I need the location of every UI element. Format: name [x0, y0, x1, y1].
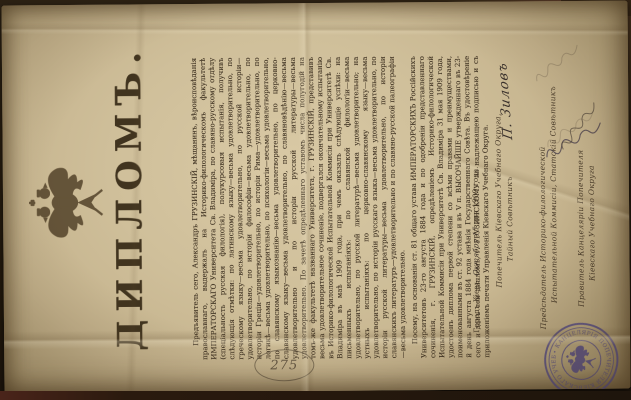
chairman-signature-block: Предсѣдатель Историко-филологической Исп…: [536, 86, 560, 329]
diploma-paper: ДИПЛОМЪ. Предъявитель сего, Александръ Г…: [1, 1, 630, 394]
diploma-paragraph-grades: Предъявитель сего, Александръ ГРУЗИНСКІЙ…: [190, 56, 408, 360]
chairman-title-line2: Испытательной Коммисіи, Статскій Совѣтни…: [547, 86, 560, 303]
photo-frame: ДИПЛОМЪ. Предъявитель сего, Александръ Г…: [0, 0, 631, 400]
clerk-signature-block: Правитель Канцеляріи Попечителя Кіевскаг…: [575, 150, 598, 307]
curator-title: Попечитель Кіевскаго Учебнаго Округа,: [492, 113, 504, 287]
stamp-eagle-icon: [563, 343, 598, 377]
diploma-body-text: Предъявитель сего, Александръ ГРУЗИНСКІЙ…: [190, 56, 495, 360]
imperial-double-eagle-icon: [27, 163, 110, 242]
dateline: Городъ Кіевъ, Октября 15 дня 1909 года.: [471, 166, 481, 333]
margin-number: 275: [270, 358, 298, 373]
dateline-suffix: дня 1909 года.: [471, 166, 480, 224]
clerk-title-line2: Кіевскаго Учебнаго Округа: [586, 150, 598, 281]
table-surface-edge: [0, 391, 631, 400]
diploma-document: ДИПЛОМЪ. Предъявитель сего, Александръ Г…: [3, 1, 628, 392]
dateline-handwritten-date: Октября 15: [471, 226, 480, 276]
dateline-city: Городъ Кіевъ,: [472, 278, 481, 333]
document-title: ДИПЛОМЪ.: [107, 4, 151, 390]
margin-number-oval: 275: [254, 349, 314, 381]
faint-pencil-mark-icon: [530, 40, 585, 86]
